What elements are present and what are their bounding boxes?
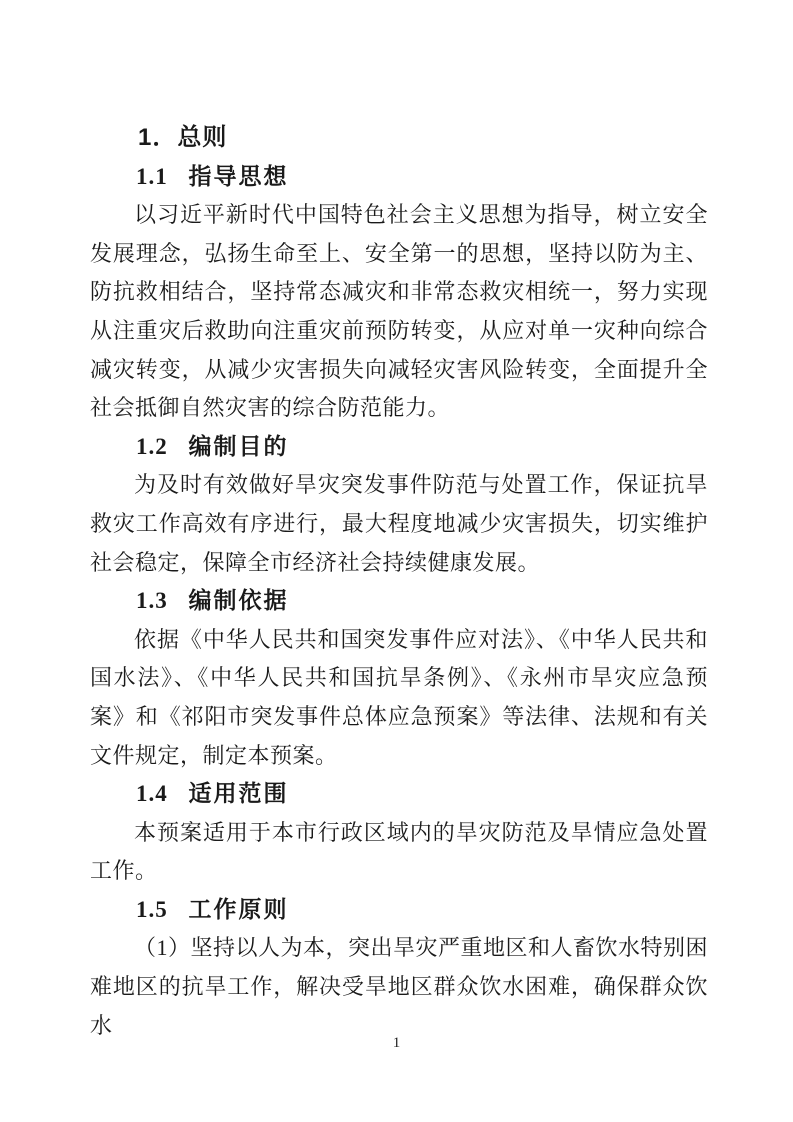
page-number: 1 xyxy=(393,1035,401,1051)
document-page: 1．总则 1.1指导思想 以习近平新时代中国特色社会主义思想为指导，树立安全发展… xyxy=(0,0,793,1122)
section-heading-1-5: 1.5工作原则 xyxy=(90,891,708,930)
chapter-heading: 1．总则 xyxy=(90,119,708,158)
section-paragraph: 以习近平新时代中国特色社会主义思想为指导，树立安全发展理念，弘扬生命至上、安全第… xyxy=(90,196,708,428)
page-footer: 1 xyxy=(0,1033,793,1053)
section-title: 指导思想 xyxy=(188,164,288,189)
section-number: 1.2 xyxy=(136,434,168,459)
section-title: 编制依据 xyxy=(188,588,288,613)
chapter-number: 1． xyxy=(138,124,177,151)
section-paragraph: （1）坚持以人为本，突出旱灾严重地区和人畜饮水特别困难地区的抗旱工作，解决受旱地… xyxy=(90,929,708,1045)
section-paragraph: 为及时有效做好旱灾突发事件防范与处置工作，保证抗旱救灾工作高效有序进行，最大程度… xyxy=(90,466,708,582)
section-title: 适用范围 xyxy=(188,781,288,806)
section-number: 1.1 xyxy=(136,164,168,189)
section-heading-1-4: 1.4适用范围 xyxy=(90,775,708,814)
section-number: 1.4 xyxy=(136,781,168,806)
section-title: 工作原则 xyxy=(188,897,288,922)
section-heading-1-3: 1.3编制依据 xyxy=(90,582,708,621)
chapter-title: 总则 xyxy=(177,124,227,151)
section-paragraph: 依据《中华人民共和国突发事件应对法》、《中华人民共和国水法》、《中华人民共和国抗… xyxy=(90,621,708,775)
document-content: 1．总则 1.1指导思想 以习近平新时代中国特色社会主义思想为指导，树立安全发展… xyxy=(90,119,708,1045)
section-heading-1-2: 1.2编制目的 xyxy=(90,428,708,467)
section-number: 1.5 xyxy=(136,897,168,922)
section-paragraph: 本预案适用于本市行政区域内的旱灾防范及旱情应急处置工作。 xyxy=(90,814,708,891)
section-heading-1-1: 1.1指导思想 xyxy=(90,158,708,197)
section-number: 1.3 xyxy=(136,588,168,613)
section-title: 编制目的 xyxy=(188,434,288,459)
